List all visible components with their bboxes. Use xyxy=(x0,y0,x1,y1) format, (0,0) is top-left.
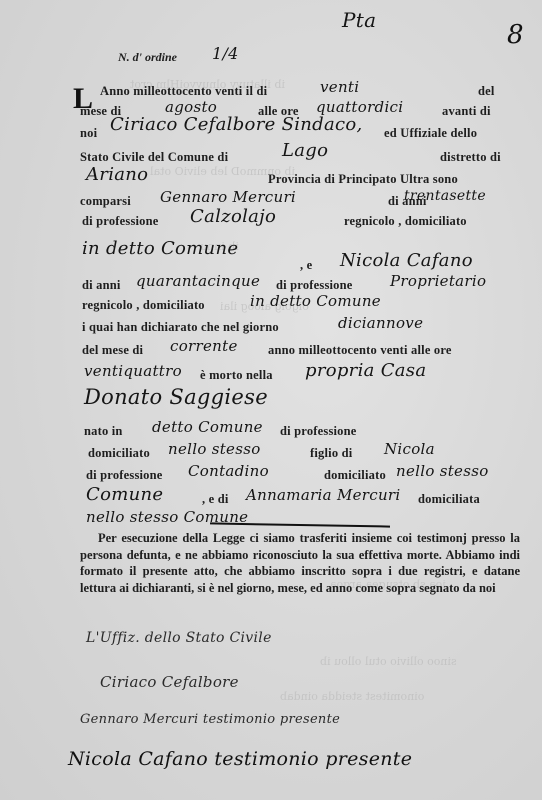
bleed-through-text: sinoo ollivio otul ollou ib xyxy=(320,655,457,668)
printed-text: nato in xyxy=(84,424,123,439)
signature-officer-name: Ciriaco Cefalbore xyxy=(100,673,239,691)
handwritten-entry: nello stesso xyxy=(396,462,489,480)
handwritten-entry: Annamaria Mercuri xyxy=(246,486,400,504)
signature-witness-2: Nicola Cafano testimonio presente xyxy=(68,748,412,770)
printed-text: distretto di xyxy=(440,150,501,165)
printed-text: del mese di xyxy=(82,343,143,358)
handwritten-entry: Nicola Cafano xyxy=(340,250,473,271)
signature-witness-1: Gennaro Mercuri testimonio presente xyxy=(80,712,340,727)
handwritten-entry: Ciriaco Cefalbore Sindaco, xyxy=(110,114,363,135)
printed-text: regnicolo , domiciliato xyxy=(344,214,467,229)
printed-text: di professione xyxy=(86,468,163,483)
handwritten-entry: Comune xyxy=(86,484,163,505)
handwritten-entry: corrente xyxy=(170,337,238,355)
printed-text: , e xyxy=(300,258,312,273)
printed-text: noi xyxy=(80,126,97,141)
handwritten-entry: quarantacinque xyxy=(136,272,260,290)
handwritten-entry: propria Casa xyxy=(305,360,426,381)
deceased-name: Donato Saggiese xyxy=(84,385,268,409)
handwritten-entry: detto Comune xyxy=(152,418,263,436)
printed-text: regnicolo , domiciliato xyxy=(82,298,205,313)
order-number: 1/4 xyxy=(212,44,239,63)
printed-text: Provincia di Principato Ultra sono xyxy=(268,172,458,187)
order-label: N. d' ordine xyxy=(118,50,177,65)
printed-text: domiciliata xyxy=(418,492,480,507)
handwritten-entry: Lago xyxy=(282,140,328,161)
printed-text: , e di xyxy=(202,492,229,507)
printed-text: domiciliato xyxy=(88,446,150,461)
printed-text: è morto nella xyxy=(200,368,273,383)
printed-text: Anno milleottocento venti il di xyxy=(100,84,267,99)
handwritten-entry: in detto Comune xyxy=(250,292,381,310)
handwritten-entry: Calzolajo xyxy=(190,206,276,227)
printed-text: domiciliato xyxy=(324,468,386,483)
printed-text: di anni xyxy=(82,278,121,293)
printed-text: di professione xyxy=(280,424,357,439)
handwritten-entry: trentasette xyxy=(404,188,486,204)
printed-text: del xyxy=(478,84,495,99)
printed-text: i quai han dichiarato che nel giorno xyxy=(82,320,279,335)
printed-text: di professione xyxy=(82,214,159,229)
handwritten-entry: diciannove xyxy=(338,314,423,332)
bleed-through-text: oinomitest steidda oindab xyxy=(280,690,424,703)
handwritten-entry: Nicola xyxy=(384,440,435,458)
handwritten-entry: Gennaro Mercuri xyxy=(160,188,296,206)
handwritten-entry: in detto Comune xyxy=(82,238,238,259)
printed-text: figlio di xyxy=(310,446,352,461)
printed-text: comparsi xyxy=(80,194,131,209)
handwritten-entry: ventiquattro xyxy=(84,362,182,380)
closing-paragraph: Per esecuzione della Legge ci siamo tras… xyxy=(80,530,520,596)
handwritten-entry: Ariano xyxy=(86,164,148,185)
document-page: ib illatuvy olnuvvoiHlm crot ib onmmoD l… xyxy=(0,0,542,800)
printed-text: di professione xyxy=(276,278,353,293)
handwritten-entry: Contadino xyxy=(188,462,269,480)
handwritten-entry: venti xyxy=(320,78,359,96)
handwritten-entry: nello stesso xyxy=(168,440,261,458)
signature-officer-title: L'Uffiz. dello Stato Civile xyxy=(86,630,272,646)
printed-text: ed Uffiziale dello xyxy=(384,126,477,141)
printed-text: Stato Civile del Comune di xyxy=(80,150,228,165)
printed-text: avanti di xyxy=(442,104,491,119)
printed-text: anno milleottocento venti alle ore xyxy=(268,343,452,358)
corner-mark: Pta xyxy=(342,8,376,32)
page-number: 8 xyxy=(507,20,524,50)
handwritten-entry: Proprietario xyxy=(390,272,486,290)
